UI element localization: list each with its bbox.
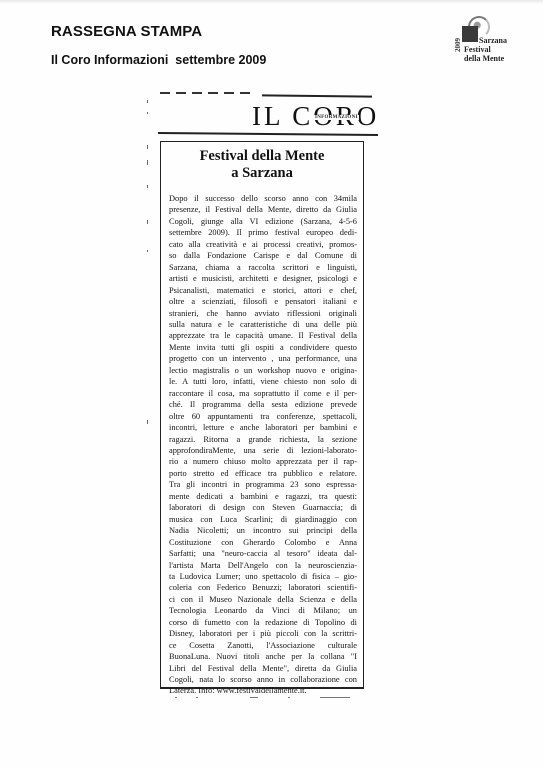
body-line: Psicanalisti, matematici e storici, atto…	[169, 285, 357, 296]
body-line: Nadia Nicoletti; un incontro sui princip…	[169, 525, 357, 536]
logo-name-line1: Festival	[464, 45, 491, 54]
body-line: Sarzana, chiama a raccolta scrittori e l…	[169, 262, 357, 273]
body-line: sulla natura e le caratteristiche di una…	[169, 319, 357, 330]
body-line: Sarfatti; una "neuro-caccia al tesoro" i…	[169, 548, 357, 559]
scan-edge	[0, 0, 543, 4]
body-line: stranieri, che hanno avviato riflessioni…	[169, 308, 357, 319]
festival-logo: 2009 Sarzana Festival della Mente	[454, 14, 534, 74]
clipping-dashed-rule	[160, 92, 250, 94]
logo-year: 2009	[454, 38, 462, 52]
body-line: laboratori di design con Steven Guarnacc…	[169, 502, 357, 513]
body-line: Tecnologia Leonardo da Vinci di Milano; …	[169, 605, 357, 616]
body-line: Libri del Festival della Mente", diretta…	[169, 663, 357, 674]
body-line: ragazzi. Ritorna a grande richiesta, la …	[169, 434, 357, 445]
body-line: corso di fumetto con la redazione di Top…	[169, 617, 357, 628]
article-title-line1: Festival della Mente	[161, 148, 363, 165]
article-body: Dopo il successo dello scorso anno con 3…	[169, 193, 357, 697]
body-line: porto stretto ed efficace tra pubblico e…	[169, 468, 357, 479]
body-line: musica con Luca Scarlini; di giardinaggi…	[169, 514, 357, 525]
body-line: settembre 2009). Il primo festival europ…	[169, 227, 357, 238]
logo-square-icon	[462, 26, 478, 42]
body-line: ci con il Museo Nazionale della Scienza …	[169, 594, 357, 605]
body-line: coleria con Federico Benuzzi; laboratori…	[169, 582, 357, 593]
body-line: mente dedicati a bambini e ragazzi, tra …	[169, 491, 357, 502]
body-line: cato alla creatività e ai processi creat…	[169, 239, 357, 250]
page-title: RASSEGNA STAMPA	[51, 23, 202, 40]
body-line: ce Cosetta Zanotti, l'Associazione cultu…	[169, 640, 357, 651]
body-line: rio a numero chiuso molto apprezzata per…	[169, 456, 357, 467]
logo-city: Sarzana	[479, 36, 507, 45]
body-line: Disney, laboratori per i più piccoli con…	[169, 628, 357, 639]
body-line: presenze, il Festival della Mente, diret…	[169, 204, 357, 215]
scan-bottom-marks	[170, 697, 360, 700]
body-line: le. A tutti loro, infatti, viene chiesto…	[169, 376, 357, 387]
body-line: progetto con un intervento , una perform…	[169, 353, 357, 364]
logo-name-line2: della Mente	[464, 54, 504, 63]
scan-margin-marks	[147, 100, 151, 520]
body-line: lectio magistralis o un workshop nuovo e…	[169, 365, 357, 376]
body-line: Mente invita tutti gli ospiti a condivid…	[169, 342, 357, 353]
body-line: artisti e musicisti, architetti e design…	[169, 273, 357, 284]
article-title: Festival della Mente a Sarzana	[161, 148, 363, 182]
clipping-top-rule	[262, 94, 372, 97]
body-line: incontri, letture e anche laboratori per…	[169, 422, 357, 433]
body-line: ta Ludovica Lumer; uno spettacolo di fis…	[169, 571, 357, 582]
body-line: raccontare il cosa, ma soprattutto il co…	[169, 388, 357, 399]
body-line: Cogoli, nata lo scorso anno in collabora…	[169, 674, 357, 685]
scanned-page: RASSEGNA STAMPA Il Coro Informazioni set…	[0, 0, 543, 768]
body-line: Dopo il successo dello scorso anno con 3…	[169, 193, 357, 204]
body-line: Costituzione con Gherardo Colombo e Anna	[169, 537, 357, 548]
article-box: Festival della Mente a Sarzana Dopo il s…	[160, 141, 364, 689]
body-line: oltre 60 appuntamenti tra conferenze, sp…	[169, 411, 357, 422]
body-line: so dalla Fondazione Carispe e dal Comune…	[169, 250, 357, 261]
body-line: oltre a scienziati, filosofi e pensatori…	[169, 296, 357, 307]
masthead-subtitle: INFORMAZIONI	[314, 115, 359, 120]
body-line: BuonaLuna. Nuovi titoli anche per la col…	[169, 651, 357, 662]
body-line: ché. Il programma della sesta edizione p…	[169, 399, 357, 410]
body-line: approfondiraMente, una serie di lezioni-…	[169, 445, 357, 456]
body-line: apprezzate tra le capacità umane. Il Fes…	[169, 330, 357, 341]
body-line: Laterza. Info: www.festivaldellamente.it…	[169, 685, 357, 696]
body-line: l'artista Marta Dell'Angelo con la neuro…	[169, 560, 357, 571]
newspaper-masthead: IL CORO INFORMAZIONI	[252, 103, 378, 133]
body-line: Tra gli incontri in programma 23 sono es…	[169, 479, 357, 490]
page-subtitle: Il Coro Informazioni settembre 2009	[51, 53, 266, 67]
body-line: Cogoli, giunge alla VI edizione (Sarzana…	[169, 216, 357, 227]
article-title-line2: a Sarzana	[161, 165, 363, 182]
